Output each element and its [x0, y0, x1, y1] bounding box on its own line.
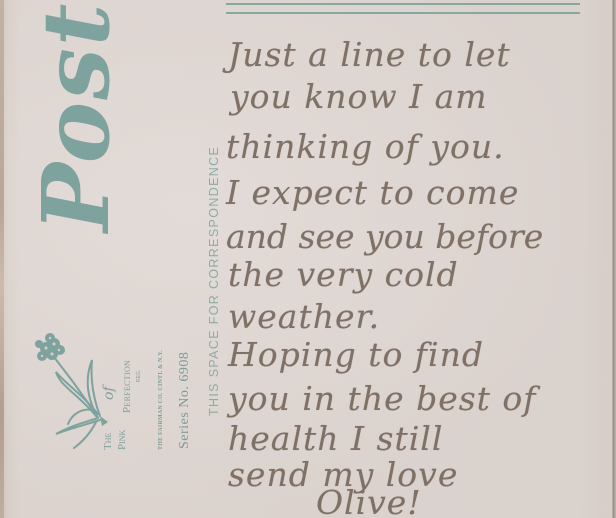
- message-line: I expect to come: [226, 176, 519, 209]
- brand-reg: REG.: [137, 370, 142, 382]
- address-rule-top: [226, 3, 580, 5]
- carnation-flower-icon: [30, 330, 110, 450]
- message-line: Hoping to find: [228, 338, 484, 371]
- message-line: you know I am: [230, 80, 488, 113]
- correspondence-label: THIS SPACE FOR CORRESPONDENCE: [208, 146, 221, 416]
- publisher-name: THE FAIRMAN CO. CINTI. & N.Y.: [158, 350, 164, 450]
- message-line: weather.: [228, 300, 380, 333]
- post-card-title: Post: [30, 2, 122, 232]
- message-line: the very cold: [228, 258, 459, 291]
- message-line: health I still: [228, 422, 443, 455]
- card-right-edge: [613, 0, 614, 518]
- brand-the: The: [103, 433, 114, 450]
- message-line: and see you before: [226, 220, 543, 253]
- series-number: Series No. 6908: [178, 352, 192, 449]
- message-line: thinking of you.: [226, 130, 505, 163]
- brand-of: of: [102, 386, 116, 400]
- brand-pink: Pink: [117, 430, 128, 450]
- message-line: you in the best of: [228, 382, 537, 415]
- brand-perfection: Perfection: [122, 360, 133, 413]
- message-line: Just a line to let: [228, 38, 511, 71]
- message-signature: Olive!: [316, 486, 422, 518]
- postcard-back: Post: [0, 0, 616, 518]
- address-rule-bottom: [226, 12, 580, 14]
- card-left-edge: [0, 0, 4, 518]
